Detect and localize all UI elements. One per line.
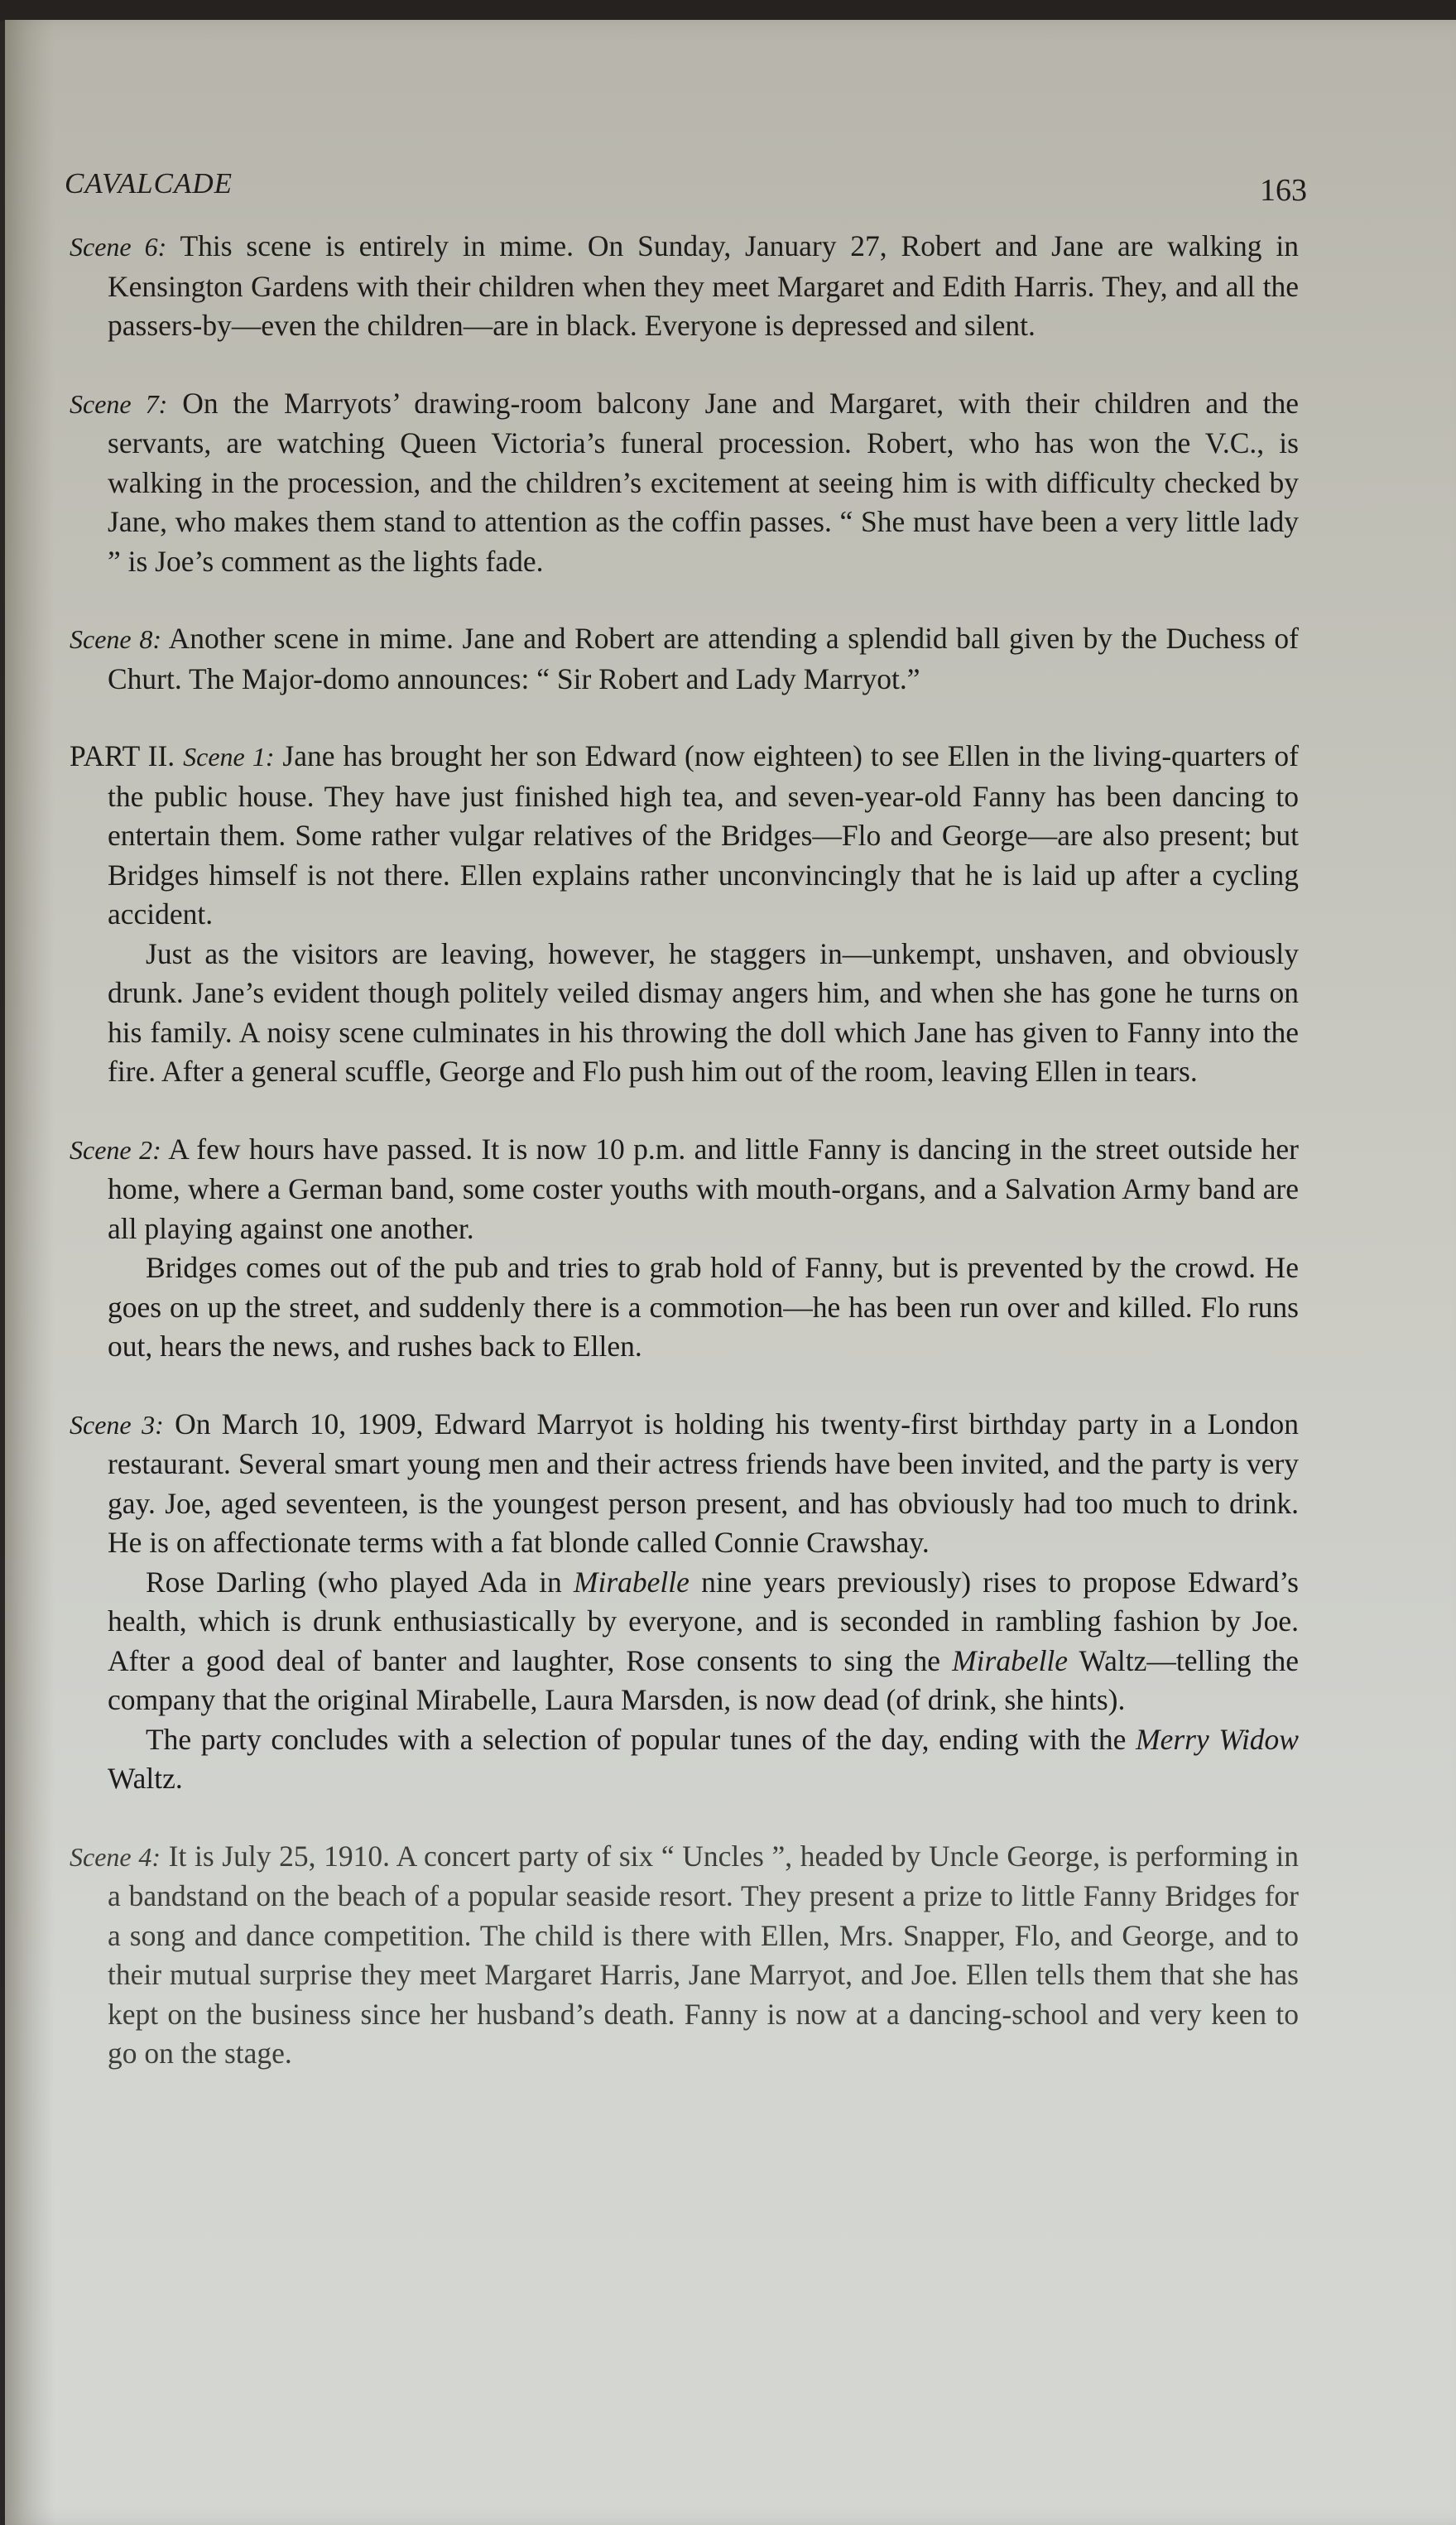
scene-label: Scene 6: [70,232,166,262]
scene-label: Scene 3: [70,1410,164,1440]
scene-label: Scene 4: [70,1842,161,1872]
book-top-edge-shadow [0,0,1456,22]
song-title-italic: Merry Widow [1136,1723,1299,1756]
part-heading: PART II. [70,739,175,772]
paragraph-text: A few hours have passed. It is now 10 p.… [108,1133,1299,1245]
play-title-italic: Mirabelle [574,1565,690,1599]
paragraph-text: On March 10, 1909, Edward Marryot is hol… [108,1407,1299,1560]
scene-label: Scene 1: [183,742,274,772]
text-segment: Waltz. [108,1762,183,1795]
paragraph: The party concludes with a selection of … [70,1720,1299,1799]
scene-entry-part2-scene4: Scene 4: It is July 25, 1910. A concert … [70,1837,1299,2074]
paragraph-text: This scene is entirely in mime. On Sunda… [108,229,1299,342]
paragraph: Scene 8: Another scene in mime. Jane and… [70,619,1299,699]
paragraph-text: Jane has brought her son Edward (now eig… [108,739,1299,931]
paragraph: Just as the visitors are leaving, howeve… [70,935,1299,1092]
scene-label: Scene 8: [70,624,161,654]
scene-entry-part2-scene3: Scene 3: On March 10, 1909, Edward Marry… [70,1405,1299,1799]
page-number: 163 [1260,172,1307,209]
scene-entry-part2-scene1: PART II. Scene 1: Jane has brought her s… [70,737,1299,1092]
paragraph: PART II. Scene 1: Jane has brought her s… [70,737,1299,935]
paragraph: Scene 4: It is July 25, 1910. A concert … [70,1837,1299,2074]
paragraph: Scene 7: On the Marryots’ drawing-room b… [70,384,1299,582]
synopsis-body: Scene 6: This scene is entirely in mime.… [70,227,1299,2112]
text-segment: The party concludes with a selection of … [146,1723,1136,1756]
play-title-italic: Mirabelle [952,1644,1068,1677]
scene-entry-part1-scene7: Scene 7: On the Marryots’ drawing-room b… [70,384,1299,582]
page-header: CAVALCADE 163 [65,167,1307,209]
scene-entry-part2-scene2: Scene 2: A few hours have passed. It is … [70,1130,1299,1367]
paragraph-text: It is July 25, 1910. A concert party of … [108,1840,1299,2070]
scene-entry-part1-scene8: Scene 8: Another scene in mime. Jane and… [70,619,1299,699]
scene-label: Scene 2: [70,1135,161,1165]
book-page: CAVALCADE 163 Scene 6: This scene is ent… [5,20,1456,2525]
paragraph: Scene 6: This scene is entirely in mime.… [70,227,1299,346]
text-segment: Rose Darling (who played Ada in [146,1565,574,1599]
paragraph-text: On the Marryots’ drawing-room balcony Ja… [108,387,1299,578]
paragraph: Bridges comes out of the pub and tries t… [70,1248,1299,1367]
running-title: CAVALCADE [65,167,233,200]
scene-entry-part1-scene6: Scene 6: This scene is entirely in mime.… [70,227,1299,346]
scene-label: Scene 7: [70,389,167,419]
paragraph: Scene 2: A few hours have passed. It is … [70,1130,1299,1249]
paragraph-text: Another scene in mime. Jane and Robert a… [108,622,1299,695]
paragraph: Rose Darling (who played Ada in Mirabell… [70,1563,1299,1720]
paragraph: Scene 3: On March 10, 1909, Edward Marry… [70,1405,1299,1563]
